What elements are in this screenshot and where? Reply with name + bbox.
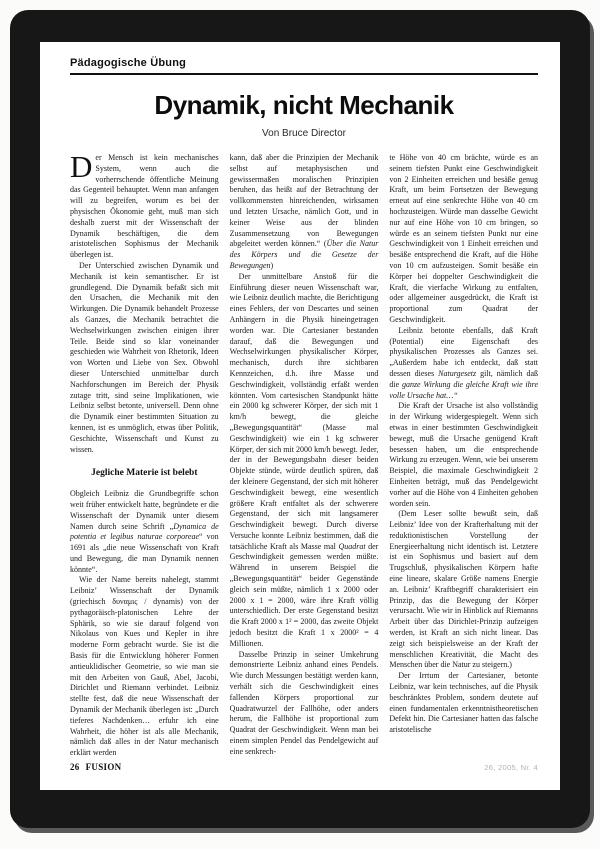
paragraph: Leibniz betonte ebenfalls, daß Kraft (Po…	[389, 326, 538, 402]
page-frame: Pädagogische Übung Dynamik, nicht Mechan…	[10, 10, 590, 828]
paragraph: Der unmittelbare Anstoß für die Einführu…	[230, 272, 379, 650]
footer-page-number: 26	[70, 762, 80, 772]
article-columns: Der Mensch ist kein mechanisches System,…	[70, 153, 538, 759]
article-title: Dynamik, nicht Mechanik	[70, 90, 538, 121]
column-1: Der Mensch ist kein mechanisches System,…	[70, 153, 219, 759]
footer-folio: 26FUSION	[70, 762, 121, 772]
paragraph: Obgleich Leibniz die Grundbegriffe schon…	[70, 489, 219, 575]
footer-issue-info: 26, 2005, Nr. 4	[484, 763, 538, 772]
paragraph: Der Irrtum der Cartesianer, betonte Leib…	[389, 671, 538, 736]
paragraph: Der Mensch ist kein mechanisches System,…	[70, 153, 219, 261]
section-subhead: Jegliche Materie ist belebt	[70, 468, 219, 479]
drop-cap: D	[70, 153, 95, 179]
magazine-page: Pädagogische Übung Dynamik, nicht Mechan…	[40, 42, 560, 790]
section-kicker: Pädagogische Übung	[70, 57, 538, 69]
column-2: kann, daß aber die Prinzipien der Mechan…	[230, 153, 379, 759]
paragraph: Die Kraft der Ursache ist also vollständ…	[389, 401, 538, 509]
kicker-rule	[70, 73, 538, 75]
paragraph: Wie der Name bereits nahelegt, stammt Le…	[70, 575, 219, 759]
article-byline: Von Bruce Director	[70, 128, 538, 139]
paragraph: kann, daß aber die Prinzipien der Mechan…	[230, 153, 379, 272]
paragraph: Der Unterschied zwischen Dynamik und Mec…	[70, 261, 219, 455]
footer-magazine-name: FUSION	[86, 762, 122, 772]
paragraph: Dasselbe Prinzip in seiner Umkehrung dem…	[230, 650, 379, 758]
paragraph: (Dem Leser sollte bewußt sein, daß Leibn…	[389, 509, 538, 671]
paragraph: te Höhe von 40 cm brächte, würde es an s…	[389, 153, 538, 326]
page-footer: 26FUSION 26, 2005, Nr. 4	[70, 762, 538, 772]
column-3: te Höhe von 40 cm brächte, würde es an s…	[389, 153, 538, 759]
